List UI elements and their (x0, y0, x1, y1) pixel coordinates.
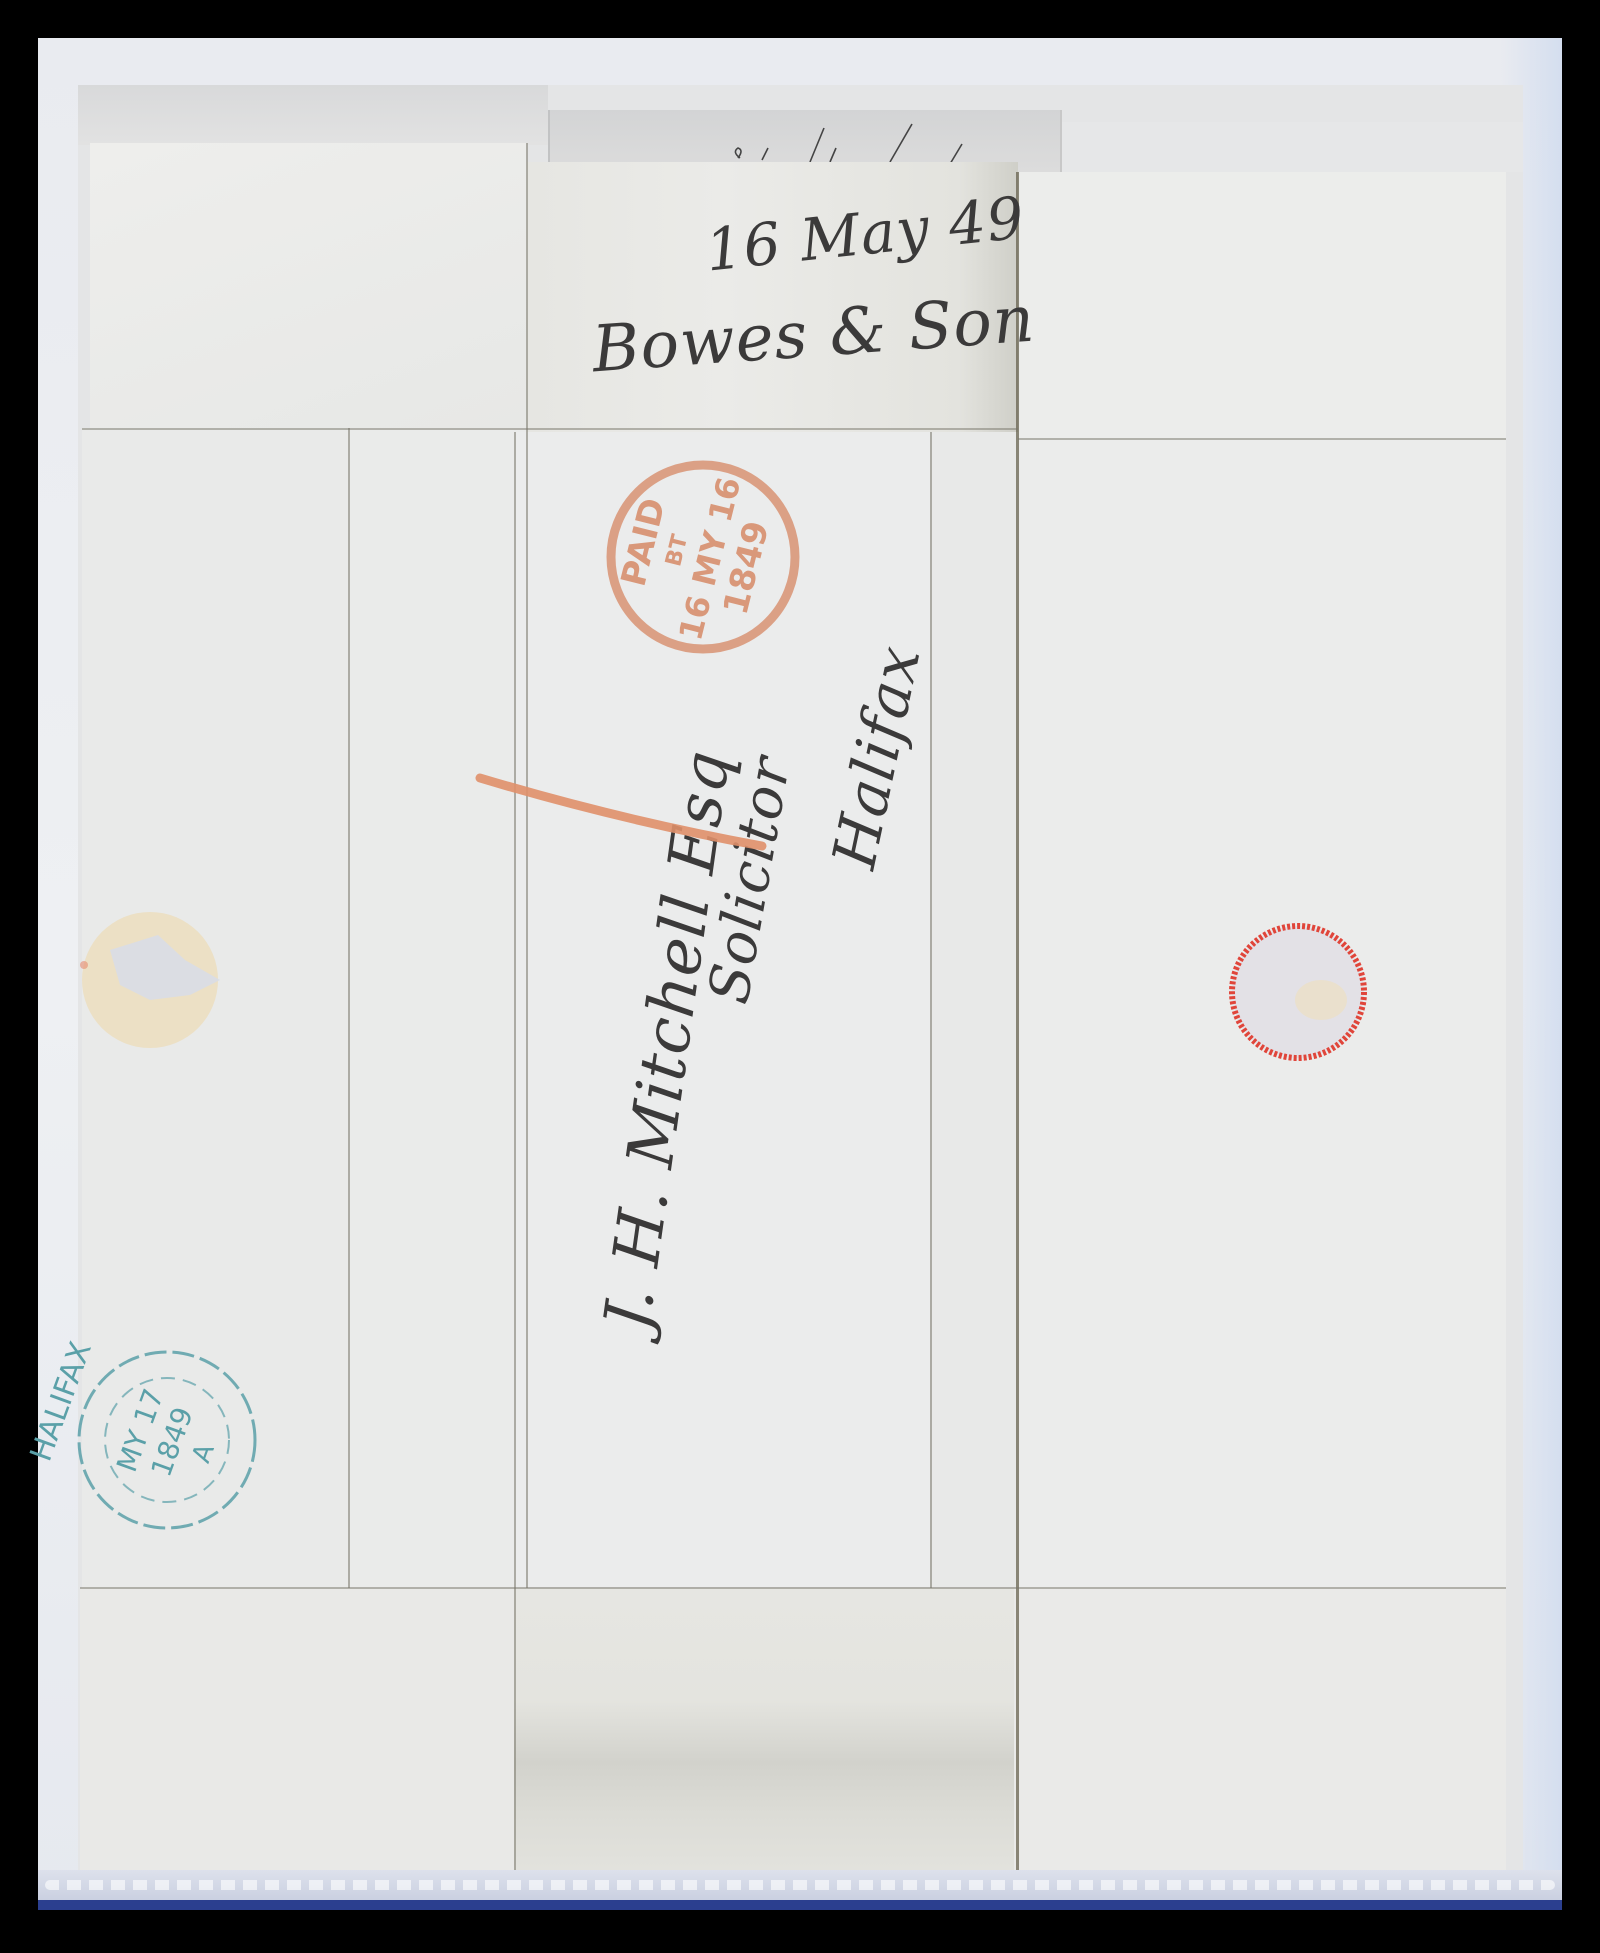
halifax-postmark: HALIFAX MY 17 1849 A (75, 1345, 265, 1535)
wax-seal-remnant-left (80, 905, 230, 1055)
paid-postmark: PAID BT 16 MY 16 1849 (603, 457, 803, 657)
wax-seal-red-right (1226, 920, 1371, 1065)
halifax-postmark-code: A (187, 1440, 221, 1467)
